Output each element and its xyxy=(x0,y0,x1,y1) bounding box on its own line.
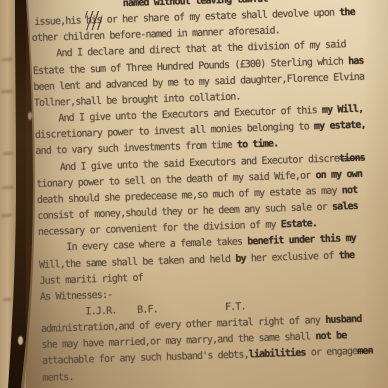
text-segment: or engage xyxy=(305,346,357,359)
text-segment: lawful xyxy=(236,0,267,6)
text-segment: not xyxy=(342,185,358,196)
text-segment: to time. xyxy=(237,139,279,151)
text-segment: liabilities xyxy=(249,348,306,361)
text-segment: issue,his xyxy=(34,15,86,28)
slashed-out-text: his xyxy=(86,13,102,30)
document-photo: named without leaving lawfulissue,his hi… xyxy=(0,0,388,388)
text-segment: not be xyxy=(315,331,346,343)
text-segment: husband xyxy=(325,314,362,326)
text-segment: benefit under this my xyxy=(247,233,356,247)
text-segment: As Witnesses:- xyxy=(40,289,113,302)
text-segment: In every case where a female takes xyxy=(66,237,247,254)
text-segment: by xyxy=(235,253,246,264)
text-segment: named xyxy=(123,0,154,9)
text-segment: the xyxy=(339,7,355,18)
text-segment: my Will, xyxy=(322,104,364,116)
text-segment: sales xyxy=(332,201,358,213)
text-segment: my estate, xyxy=(314,120,366,133)
text-segment: on my own xyxy=(315,168,362,180)
text-segment: her exclusive of xyxy=(246,250,339,264)
typewritten-text: named without leaving lawfulissue,his hi… xyxy=(31,0,388,387)
text-segment: without leaving xyxy=(154,0,237,8)
text-segment: Just mariti right of xyxy=(39,272,143,286)
text-segment: attachable for any such husband's debts, xyxy=(42,350,249,367)
struck-out-text: tions xyxy=(339,152,365,164)
text-segment: ments. xyxy=(42,371,73,383)
struck-out-text: men xyxy=(357,346,373,357)
text-segment: the xyxy=(339,250,355,261)
text-segment: Estate. xyxy=(281,218,318,230)
text-segment: has xyxy=(348,55,364,66)
text-segment: I.J.R. B.F. F.T. xyxy=(85,301,246,317)
paper-fleck xyxy=(18,336,23,345)
